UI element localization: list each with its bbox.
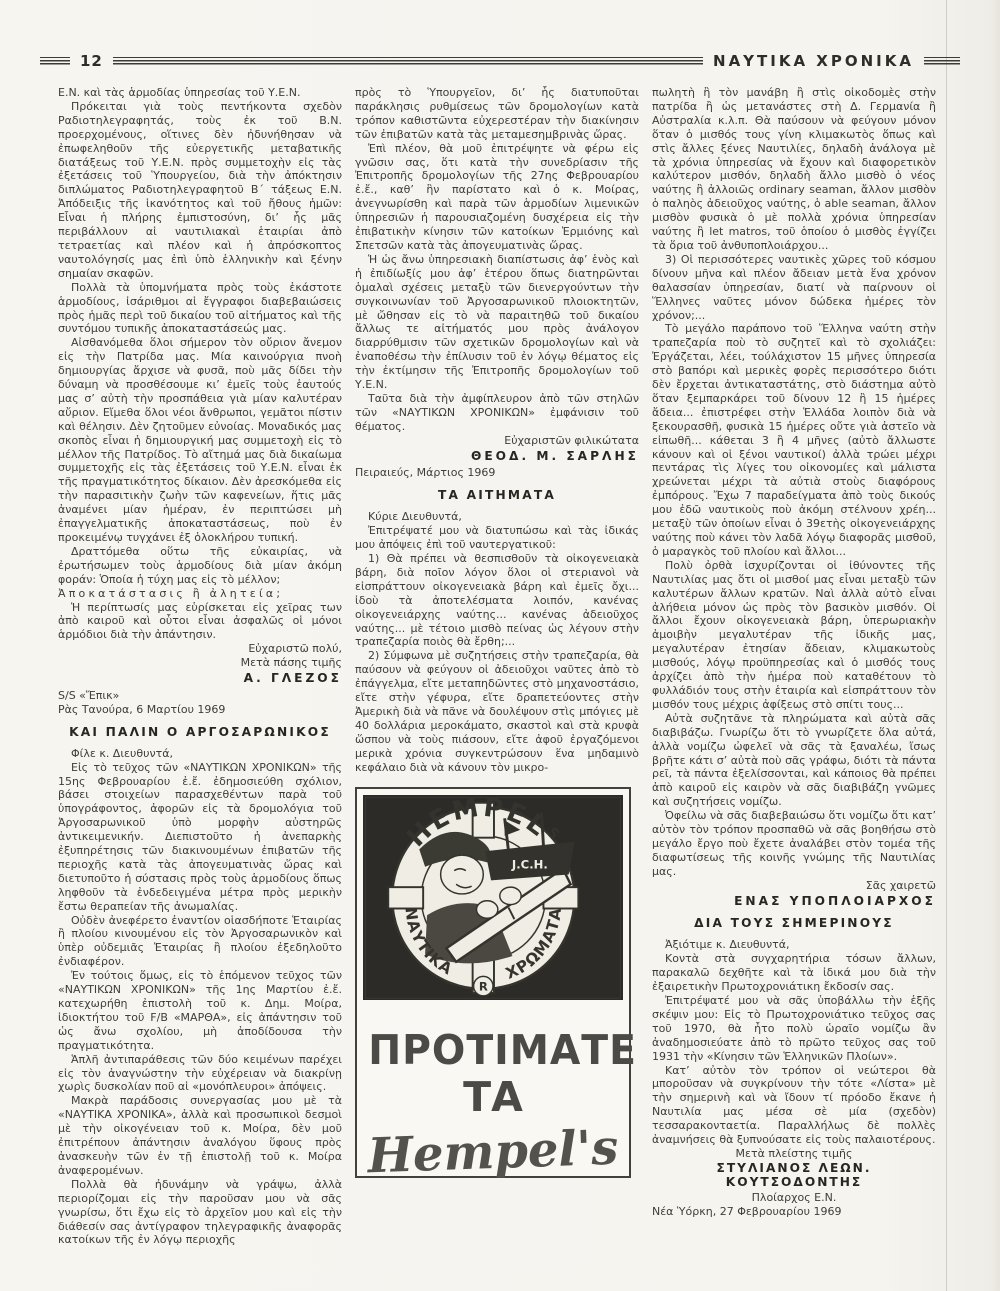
sailor-hand bbox=[477, 900, 498, 917]
paragraph: 1) Θὰ πρέπει νὰ θεσπισθοῦν τὰ οἰκογενεια… bbox=[355, 552, 639, 649]
section-heading: ΚΑΙ ΠΑΛΙΝ Ο ΑΡΓΟΣΑΡΩΝΙΚΟΣ bbox=[58, 726, 342, 740]
paragraph: Ἐπιτρέψατέ μου νὰ σᾶς ὑποβάλλω τὴν ἑξῆς … bbox=[652, 994, 936, 1064]
paragraph: Κατ’ αὐτὸν τὸν τρόπον οἱ νεώτεροι θὰ μπο… bbox=[652, 1064, 936, 1147]
paragraph: Μακρὰ παράδοσις συνεργασίας μου μὲ τὰ «Ν… bbox=[58, 1094, 342, 1177]
paragraph: πωλητὴ ἢ τὸν μανάβη ἢ στὶς οἰκοδομὲς στὴ… bbox=[652, 86, 936, 253]
paragraph: Φίλε κ. Διευθυντά, bbox=[58, 747, 342, 761]
scan-edge-line bbox=[946, 0, 947, 1291]
paragraph: Ἀποκατάστασις ἢ ἀλητεία; bbox=[58, 587, 342, 601]
paragraph: Ἡ περίπτωσίς μας εὑρίσκεται εἰς χεῖρας τ… bbox=[58, 601, 342, 643]
closing-line: S/S «Ἔπικ» bbox=[58, 689, 342, 703]
registered-mark: R bbox=[479, 979, 488, 993]
paragraph: Ἁπλῆ ἀντιπαράθεσις τῶν δύο κειμένων παρέ… bbox=[58, 1053, 342, 1095]
column-2-text: πρὸς τὸ Ὑπουργεῖον, δι’ ἧς διατυποῦται π… bbox=[355, 86, 639, 775]
svg-text:J.C.H.: J.C.H. bbox=[511, 857, 548, 871]
masthead-title: ΝΑΥΤΙΚΑ ΧΡΟΝΙΚΑ bbox=[713, 52, 914, 70]
ad-headline-line2: ΤΑ bbox=[363, 1077, 623, 1118]
paragraph: Εἰς τὸ τεῦχος τῶν «ΝΑΥΤΙΚΩΝ ΧΡΟΝΙΚΩΝ» τῆ… bbox=[58, 761, 342, 914]
paragraph: Ἀξιότιμε κ. Διευθυντά, bbox=[652, 938, 936, 952]
paragraph: 3) Οἱ περισσότερες ναυτικὲς χῶρες τοῦ κό… bbox=[652, 253, 936, 323]
sailor-face bbox=[441, 855, 484, 894]
closing-line: Πλοίαρχος Ε.Ν. bbox=[652, 1191, 936, 1205]
page-header: 12 ΝΑΥΤΙΚΑ ΧΡΟΝΙΚΑ bbox=[40, 52, 960, 70]
sailor-hand bbox=[500, 887, 521, 904]
closing-line: Μετὰ πλείστης τιμῆς bbox=[652, 1147, 936, 1161]
paragraph: Πολὺ ὀρθὰ ἰσχυρίζονται οἱ ἰθύνοντες τῆς … bbox=[652, 559, 936, 712]
decorative-rule bbox=[113, 57, 703, 65]
signature-name: ΘΕΟΔ. Μ. ΣΑΡΛΗΣ bbox=[355, 450, 639, 464]
paragraph: Ἡ ὡς ἄνω ὑπηρεσιακὴ διαπίστωσις ἀφ’ ἑνὸς… bbox=[355, 253, 639, 392]
column-2: πρὸς τὸ Ὑπουργεῖον, δι’ ἧς διατυποῦται π… bbox=[355, 86, 639, 1247]
paragraph: Ὀφείλω νὰ σᾶς διαβεβαιώσω ὅτι νομίζω ὅτι… bbox=[652, 809, 936, 879]
paragraph: Ε.Ν. καὶ τὰς ἁρμοδίας ὑπηρεσίας τοῦ Υ.Ε.… bbox=[58, 86, 342, 100]
closing-line: Σᾶς χαιρετῶ bbox=[652, 879, 936, 893]
paragraph: Ἐν τούτοις ὅμως, εἰς τὸ ἑπόμενον τεῦχος … bbox=[58, 969, 342, 1052]
paragraph: Τὸ μεγάλο παράπονο τοῦ Ἕλληνα ναύτη στὴν… bbox=[652, 322, 936, 558]
page-number: 12 bbox=[80, 52, 103, 70]
decorative-rule bbox=[924, 57, 960, 65]
signature-name: Α. ΓΛΕΖΟΣ bbox=[58, 672, 342, 686]
paragraph: Ἐπὶ πλέον, θὰ μοῦ ἐπιτρέψητε νὰ φέρω εἰς… bbox=[355, 142, 639, 253]
paragraph: Πρόκειται γιὰ τοὺς πεντήκοντα σχεδὸν Ραδ… bbox=[58, 100, 342, 281]
closing-line: Νέα Ὑόρκη, 27 Φεβρουαρίου 1969 bbox=[652, 1205, 936, 1219]
paragraph: Αἰσθανόμεθα ὅλοι σήμερον τὸν οὔριον ἄνεμ… bbox=[58, 336, 342, 545]
column-3: πωλητὴ ἢ τὸν μανάβη ἢ στὶς οἰκοδομὲς στὴ… bbox=[652, 86, 936, 1247]
paragraph: Δραττόμεθα οὕτω τῆς εὐκαιρίας, νὰ ἐρωτήσ… bbox=[58, 545, 342, 587]
paragraph: Πολλὰ θὰ ἠδυνάμην νὰ γράψω, ἀλλὰ περιορί… bbox=[58, 1178, 342, 1248]
paragraph: Αὐτὰ συζητᾶνε τὰ πληρώματα καὶ αὐτὰ σᾶς … bbox=[652, 712, 936, 809]
ad-headline-line1: ΠΡΟΤΙΜΑΤΕ bbox=[368, 1030, 618, 1071]
paragraph: Κύριε Διευθυντά, bbox=[355, 510, 639, 524]
advertisement-hempels: J.C.H. HEMPELS ΝΑΥΤΙΚΑ ΧΡΩΜΑΤΑ R bbox=[355, 787, 631, 1179]
closing-line: Εὐχαριστῶ πολύ, bbox=[58, 642, 342, 656]
decorative-rule bbox=[40, 57, 70, 65]
paragraph: Πολλὰ τὰ ὑπομνήματα πρὸς τοὺς ἑκάστοτε ἁ… bbox=[58, 281, 342, 337]
paragraph: Ταῦτα διὰ τὴν ἀμφίπλευρον ἀπὸ τῶν στηλῶν… bbox=[355, 392, 639, 434]
signature-name: ΣΤΥΛΙΑΝΟΣ ΛΕΩΝ. ΚΟΥΤΣΟΔΟΝΤΗΣ bbox=[652, 1162, 936, 1190]
hempels-logo-icon: J.C.H. HEMPELS ΝΑΥΤΙΚΑ ΧΡΩΜΑΤΑ R bbox=[363, 795, 623, 1001]
column-1: Ε.Ν. καὶ τὰς ἁρμοδίας ὑπηρεσίας τοῦ Υ.Ε.… bbox=[58, 86, 342, 1247]
closing-line: Ρὰς Τανούρα, 6 Μαρτίου 1969 bbox=[58, 703, 342, 717]
signature-name: ΕΝΑΣ ΥΠΟΠΛΟΙΑΡΧΟΣ bbox=[652, 895, 936, 909]
paragraph: 2) Σύμφωνα μὲ συζητήσεις στὴν τραπεζαρία… bbox=[355, 649, 639, 774]
hempels-script-logo: Hempel's bbox=[363, 1142, 623, 1165]
paragraph: Ἐπιτρέψατέ μου νὰ διατυπώσω καὶ τὰς ἰδικ… bbox=[355, 524, 639, 552]
section-heading: ΔΙΑ ΤΟΥΣ ΣΗΜΕΡΙΝΟΥΣ bbox=[652, 917, 936, 931]
paragraph: Κοντὰ στὰ συγχαρητήρια τόσων ἄλλων, παρα… bbox=[652, 952, 936, 994]
article-columns: Ε.Ν. καὶ τὰς ἁρμοδίας ὑπηρεσίας τοῦ Υ.Ε.… bbox=[58, 86, 936, 1247]
section-heading: ΤΑ ΑΙΤΗΜΑΤΑ bbox=[355, 489, 639, 503]
closing-line: Πειραιεύς, Μάρτιος 1969 bbox=[355, 466, 639, 480]
paragraph: Οὐδὲν ἀνεφέρετο ἐναντίον οἱασδήποτε Ἑται… bbox=[58, 914, 342, 970]
paragraph: πρὸς τὸ Ὑπουργεῖον, δι’ ἧς διατυποῦται π… bbox=[355, 86, 639, 142]
closing-line: Εὐχαριστῶν φιλικώτατα bbox=[355, 434, 639, 448]
closing-line: Μετὰ πάσης τιμῆς bbox=[58, 656, 342, 670]
